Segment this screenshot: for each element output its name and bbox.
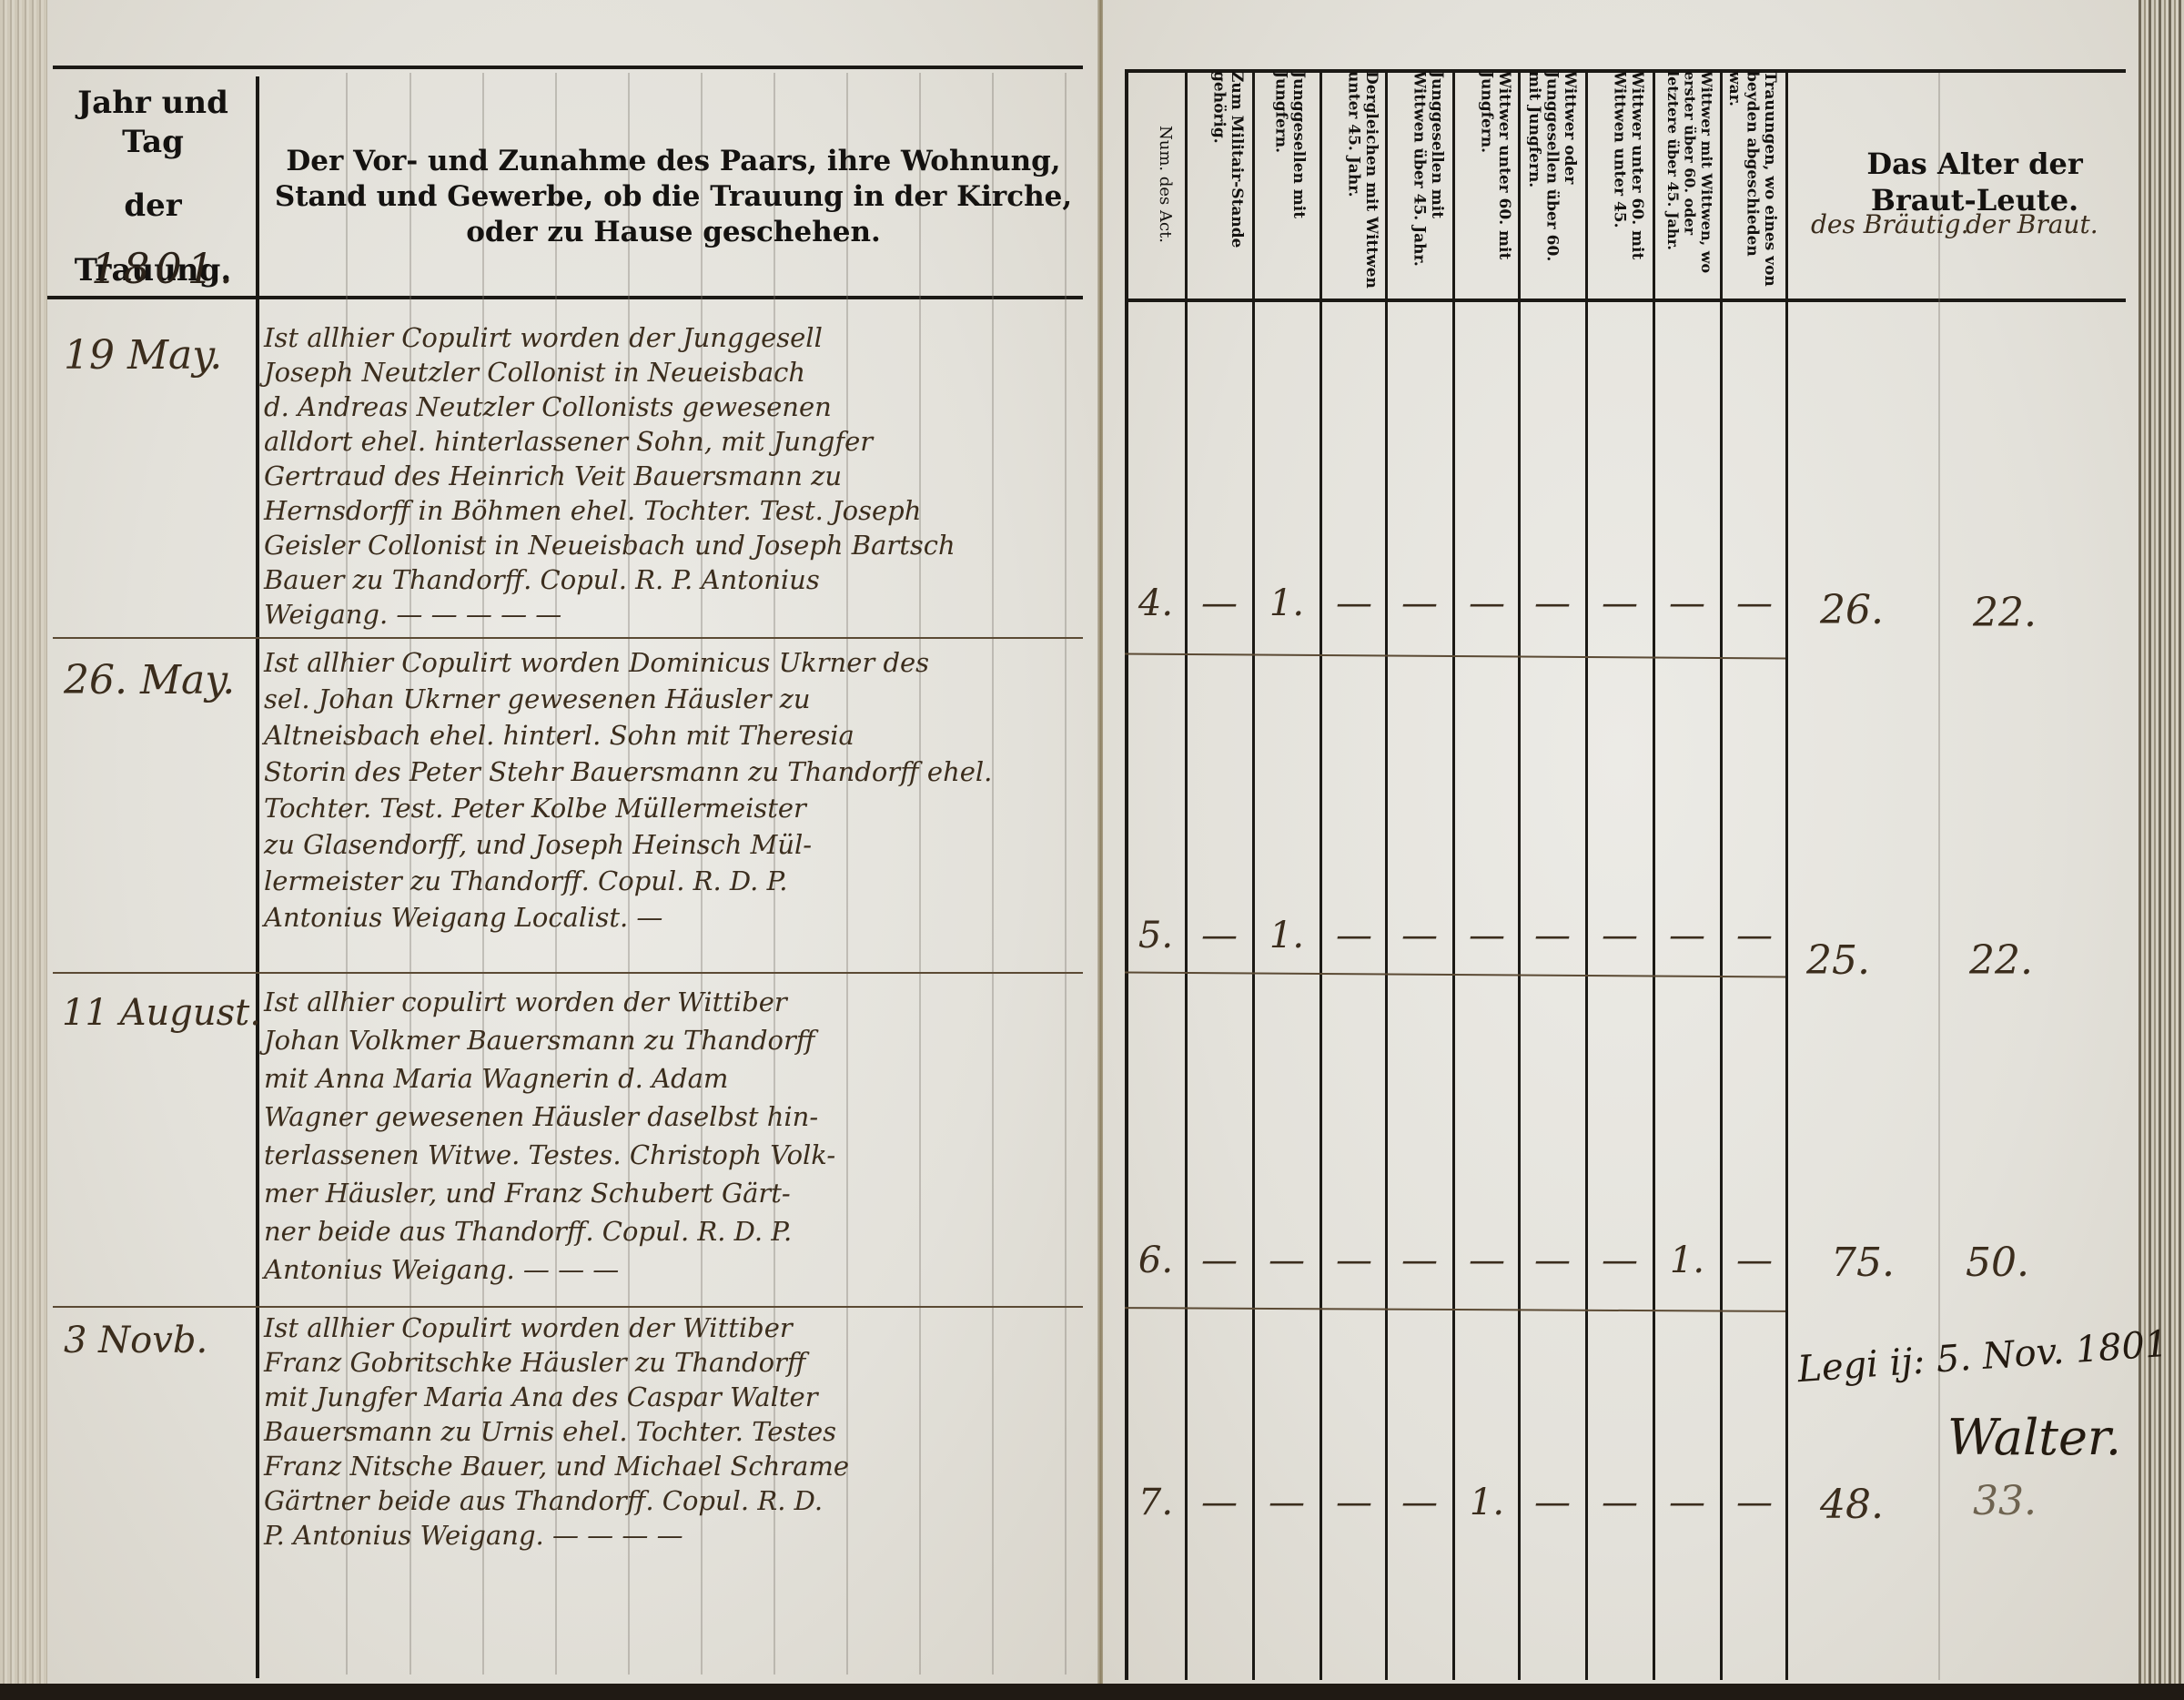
column-rule	[1185, 73, 1188, 1680]
column-rule	[1518, 73, 1521, 1680]
mark-cell: —	[1660, 1482, 1714, 1523]
mark-cell: —	[1592, 1482, 1647, 1523]
mark-cell: —	[1259, 1482, 1314, 1523]
register-spread: Jahr und Tag der Trauung. 1801. Der Vor-…	[0, 0, 2184, 1700]
column-rule	[1785, 73, 1788, 1680]
groom-age: 48.	[1820, 1482, 1884, 1528]
left-page-stack	[0, 0, 47, 1684]
widower-under60-maiden-header: Wittwer unter 60. mit Jungfern.	[1461, 71, 1512, 289]
entry-date: 11 August.	[62, 992, 261, 1034]
mark-cell: —	[1392, 915, 1447, 956]
groom-age: 25.	[1806, 937, 1870, 984]
groom-age-label: des Bräutig.	[1811, 209, 1968, 239]
entry-date: 26. May.	[64, 657, 235, 703]
act-number: 6.	[1128, 1240, 1183, 1281]
couple-column-header: Der Vor- und Zunahme des Paars, ihre Woh…	[273, 144, 1074, 249]
mark-cell: —	[1460, 1240, 1514, 1281]
mark-cell: —	[1192, 915, 1247, 956]
column-rule	[1252, 73, 1255, 1680]
entry-text: Ist allhier Copulirt worden der Junggese…	[264, 320, 1065, 632]
mark-cell: —	[1327, 582, 1381, 624]
column-rule	[1720, 73, 1723, 1680]
widower-over60-maiden-header: Wittwer oder Junggesellen über 60. mit J…	[1527, 71, 1578, 289]
entry-text: Ist allhier Copulirt worden der Wittiber…	[264, 1310, 1065, 1553]
mark-cell: —	[1660, 915, 1714, 956]
bride-age: 22.	[1973, 590, 2037, 636]
entry-date: 3 Novb.	[64, 1320, 207, 1361]
left-top-rule	[53, 66, 1083, 69]
mark-cell: —	[1727, 1482, 1782, 1523]
mark-cell: 1.	[1460, 1482, 1514, 1523]
mark-cell: —	[1592, 582, 1647, 624]
column-rule	[1653, 73, 1655, 1680]
mark-cell: —	[1460, 915, 1514, 956]
entry-separator	[53, 1306, 1083, 1308]
column-rule	[1319, 73, 1322, 1680]
faint-age-divider	[1938, 73, 1940, 1680]
mark-cell: —	[1192, 1482, 1247, 1523]
mark-cell: 1.	[1660, 1240, 1714, 1281]
groom-age: 75.	[1831, 1240, 1895, 1286]
bachelor-widow-under45-header: Dergleichen mit Wittwen unter 45. Jahr.	[1329, 71, 1380, 289]
mark-cell: —	[1592, 1240, 1647, 1281]
column-rule	[1125, 69, 1128, 1680]
widower-widow-under-header: Wittwer unter 60. mit Wittwen unter 45.	[1594, 71, 1645, 289]
left-header-bottom-rule	[47, 296, 1083, 299]
mark-cell: —	[1192, 1240, 1247, 1281]
bride-age: 33.	[1973, 1478, 2037, 1524]
military-header: Zum Militair-Stande gehörig.	[1194, 71, 1245, 289]
column-rule	[1585, 73, 1588, 1680]
header-line: Jahr und Tag	[53, 84, 253, 161]
entry-text: Ist allhier Copulirt worden Dominicus Uk…	[264, 644, 1065, 936]
num-act-header: Num. des Act.	[1137, 71, 1174, 289]
act-number: 5.	[1128, 915, 1183, 956]
mark-cell: —	[1327, 1240, 1381, 1281]
age-header: Das Alter der Braut-Leute.	[1820, 146, 2129, 218]
right-page-stack	[2138, 0, 2184, 1700]
divorced-header: Trauungen, wo eines von beyden abgeschie…	[1727, 71, 1778, 289]
mark-cell: —	[1327, 1482, 1381, 1523]
mark-cell: —	[1392, 1240, 1447, 1281]
mark-cell: —	[1525, 1240, 1580, 1281]
column-rule	[1385, 73, 1388, 1680]
mark-cell: —	[1460, 582, 1514, 624]
mark-cell: —	[1192, 582, 1247, 624]
column-rule	[1452, 73, 1455, 1680]
widower-widow-over-header: Wittwer mit Wittwen, wo erster über 60. …	[1660, 71, 1714, 289]
mark-cell: —	[1392, 582, 1447, 624]
mark-cell: —	[1727, 1240, 1782, 1281]
left-column-divider	[256, 76, 259, 1678]
entry-separator	[53, 637, 1083, 639]
bride-age: 50.	[1966, 1240, 2029, 1286]
entry-text: Ist allhier copulirt worden der Wittiber…	[264, 983, 1065, 1289]
mark-cell: —	[1525, 915, 1580, 956]
bride-age-label: der Braut.	[1966, 209, 2098, 239]
bachelor-widow-over45-header: Junggesellen mit Wittwen über 45. Jahr.	[1394, 71, 1445, 289]
faint-column-line	[1065, 73, 1067, 1675]
entry-separator	[53, 972, 1083, 974]
signature: Walter.	[1947, 1409, 2121, 1466]
entry-date: 19 May.	[64, 332, 222, 379]
mark-cell: —	[1525, 582, 1580, 624]
header-line: der	[53, 187, 253, 226]
mark-cell: —	[1592, 915, 1647, 956]
act-number: 4.	[1128, 582, 1183, 624]
mark-cell: —	[1727, 582, 1782, 624]
mark-cell: —	[1259, 1240, 1314, 1281]
mark-cell: 1.	[1259, 915, 1314, 956]
book-bottom-edge	[0, 1684, 2184, 1700]
mark-cell: —	[1327, 915, 1381, 956]
act-number: 7.	[1128, 1482, 1183, 1523]
mark-cell: —	[1525, 1482, 1580, 1523]
bride-age: 22.	[1969, 937, 2033, 984]
register-year: 1801.	[91, 244, 238, 293]
mark-cell: 1.	[1259, 582, 1314, 624]
mark-cell: —	[1660, 582, 1714, 624]
right-header-bottom-rule	[1125, 299, 2126, 302]
groom-age: 26.	[1820, 587, 1884, 633]
bachelor-maiden-header: Junggesellen mit Jungfern.	[1267, 71, 1307, 289]
mark-cell: —	[1727, 915, 1782, 956]
mark-cell: —	[1392, 1482, 1447, 1523]
